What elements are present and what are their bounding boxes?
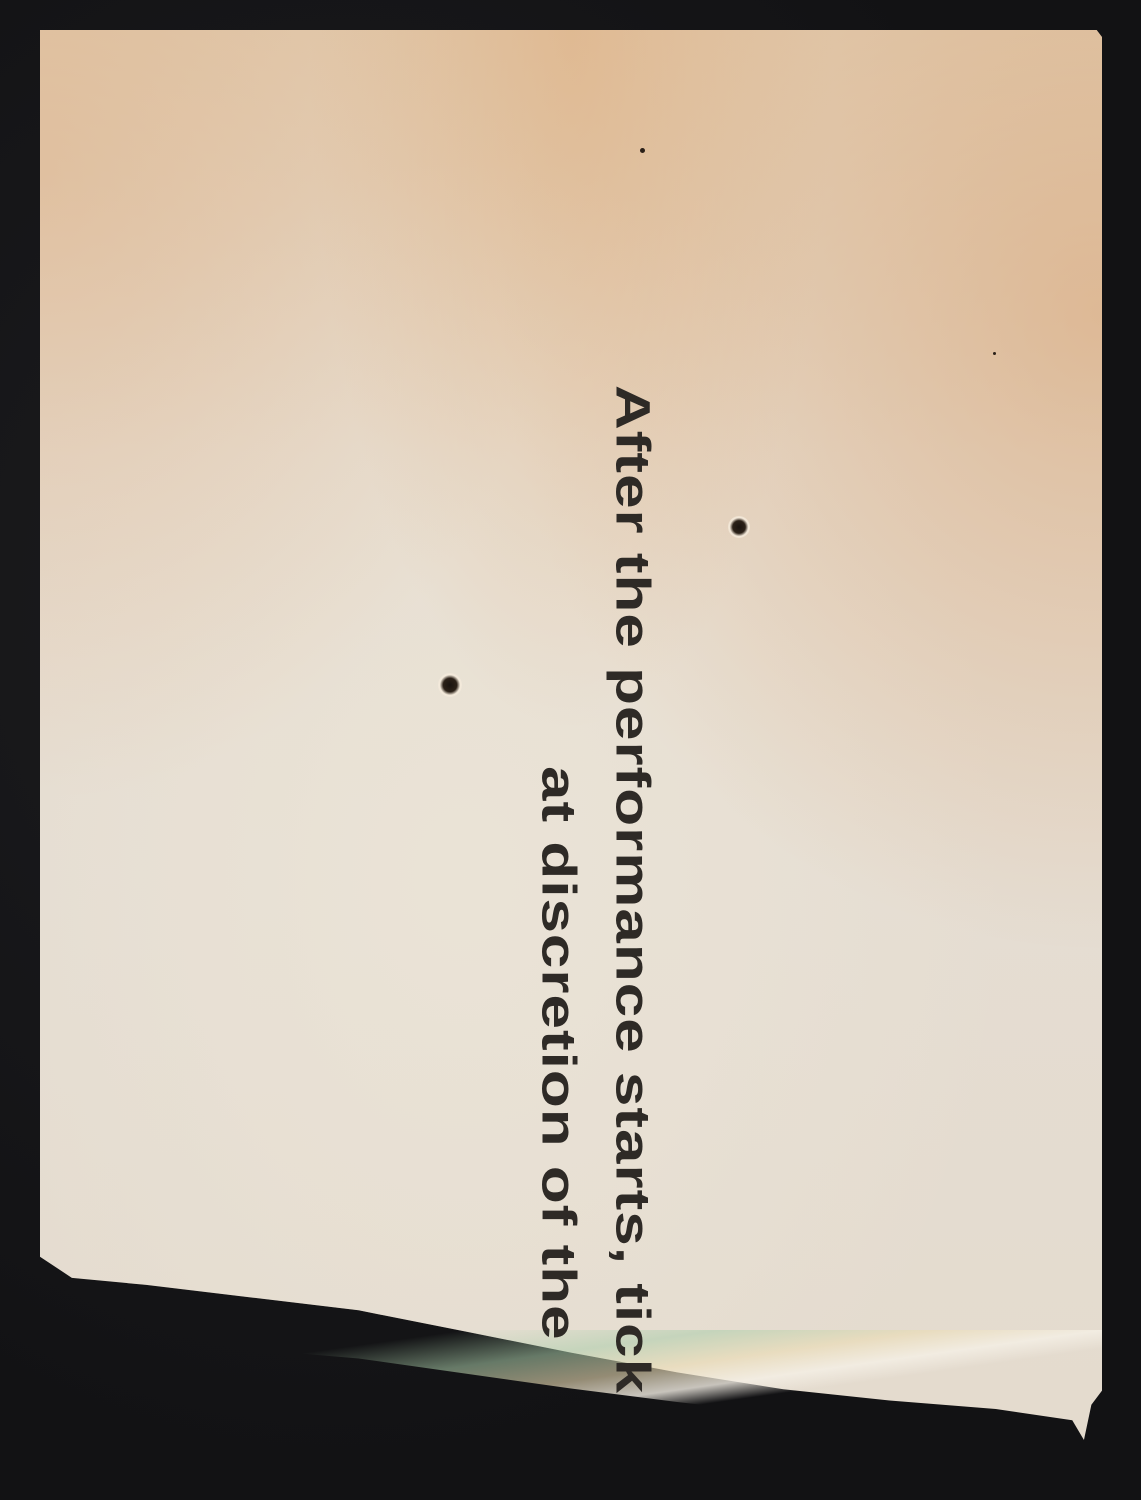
printed-notice-line-2: at discretion of the	[531, 766, 586, 1341]
printed-notice-line-1: After the performance starts, tick	[605, 385, 660, 1394]
punch-hole-lower	[438, 673, 462, 697]
ink-speck-right	[993, 352, 996, 355]
ink-speck	[640, 148, 645, 153]
punch-hole-upper	[728, 516, 750, 538]
